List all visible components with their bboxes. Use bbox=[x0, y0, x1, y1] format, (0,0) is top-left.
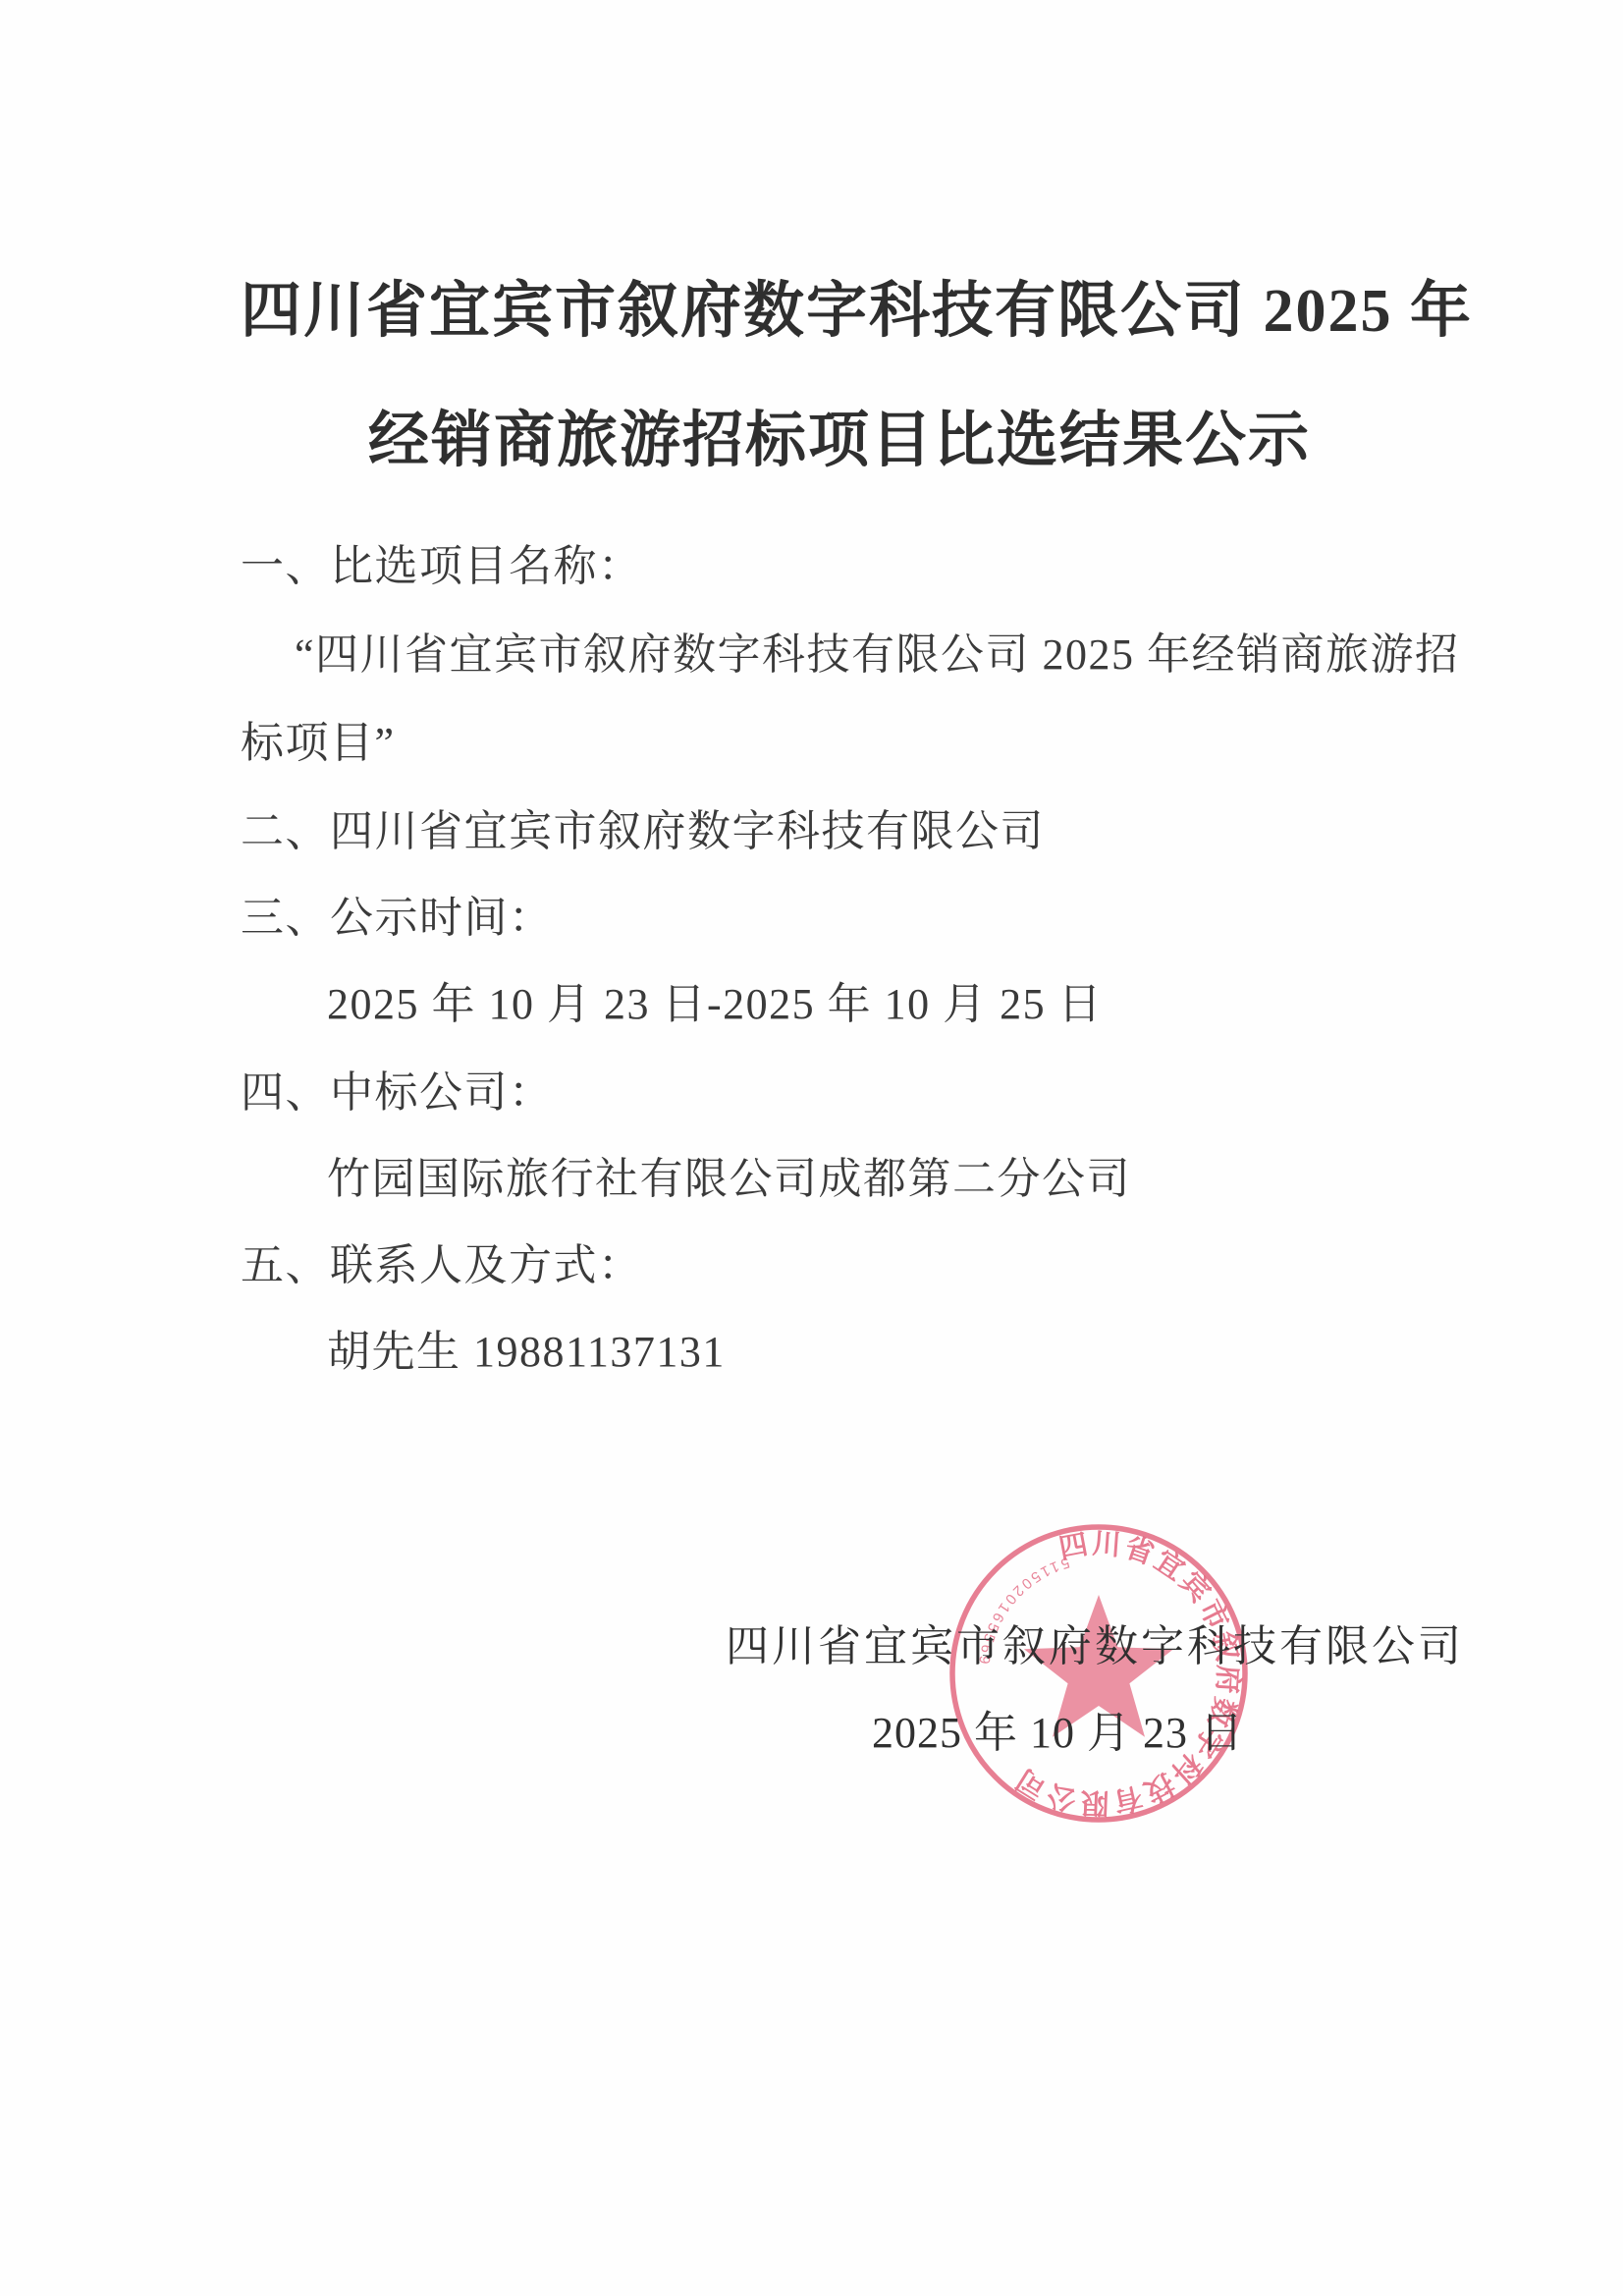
signature-company: 四川省宜宾市叙府数字科技有限公司 bbox=[726, 1611, 1464, 1673]
signature-date: 2025 年 10 月 23 日 bbox=[872, 1697, 1244, 1760]
numbered-item-5: 五、联系人及方式： bbox=[241, 1230, 643, 1292]
winning-company-value: 竹园国际旅行社有限公司成都第二分公司 bbox=[327, 1143, 1131, 1206]
doc-title-line-1: 四川省宜宾市叙府数字科技有限公司 2025 年 bbox=[241, 261, 1438, 349]
project-name-quote-line-2: 标项目” bbox=[241, 707, 396, 770]
numbered-item-1: 一、比选项目名称： bbox=[241, 530, 643, 593]
project-name-quote-line-1: “四川省宜宾市叙府数字科技有限公司 2025 年经销商旅游招 bbox=[295, 619, 1460, 682]
official-seal: 四川省宜宾市叙府数字科技有限公司 5115020165569 bbox=[931, 1505, 1267, 1841]
contact-value: 胡先生 19881137131 bbox=[327, 1316, 726, 1379]
scanned-document-page: 四川省宜宾市叙府数字科技有限公司 2025 年 经销商旅游招标项目比选结果公示 … bbox=[0, 0, 1623, 2296]
numbered-item-2: 二、四川省宜宾市叙府数字科技有限公司 bbox=[241, 795, 1045, 858]
doc-title-line-2: 经销商旅游招标项目比选结果公示 bbox=[241, 391, 1438, 478]
numbered-item-3: 三、公示时间： bbox=[241, 882, 554, 945]
numbered-item-4: 四、中标公司： bbox=[241, 1057, 554, 1120]
publicity-period-value: 2025 年 10 月 23 日-2025 年 10 月 25 日 bbox=[327, 968, 1103, 1031]
